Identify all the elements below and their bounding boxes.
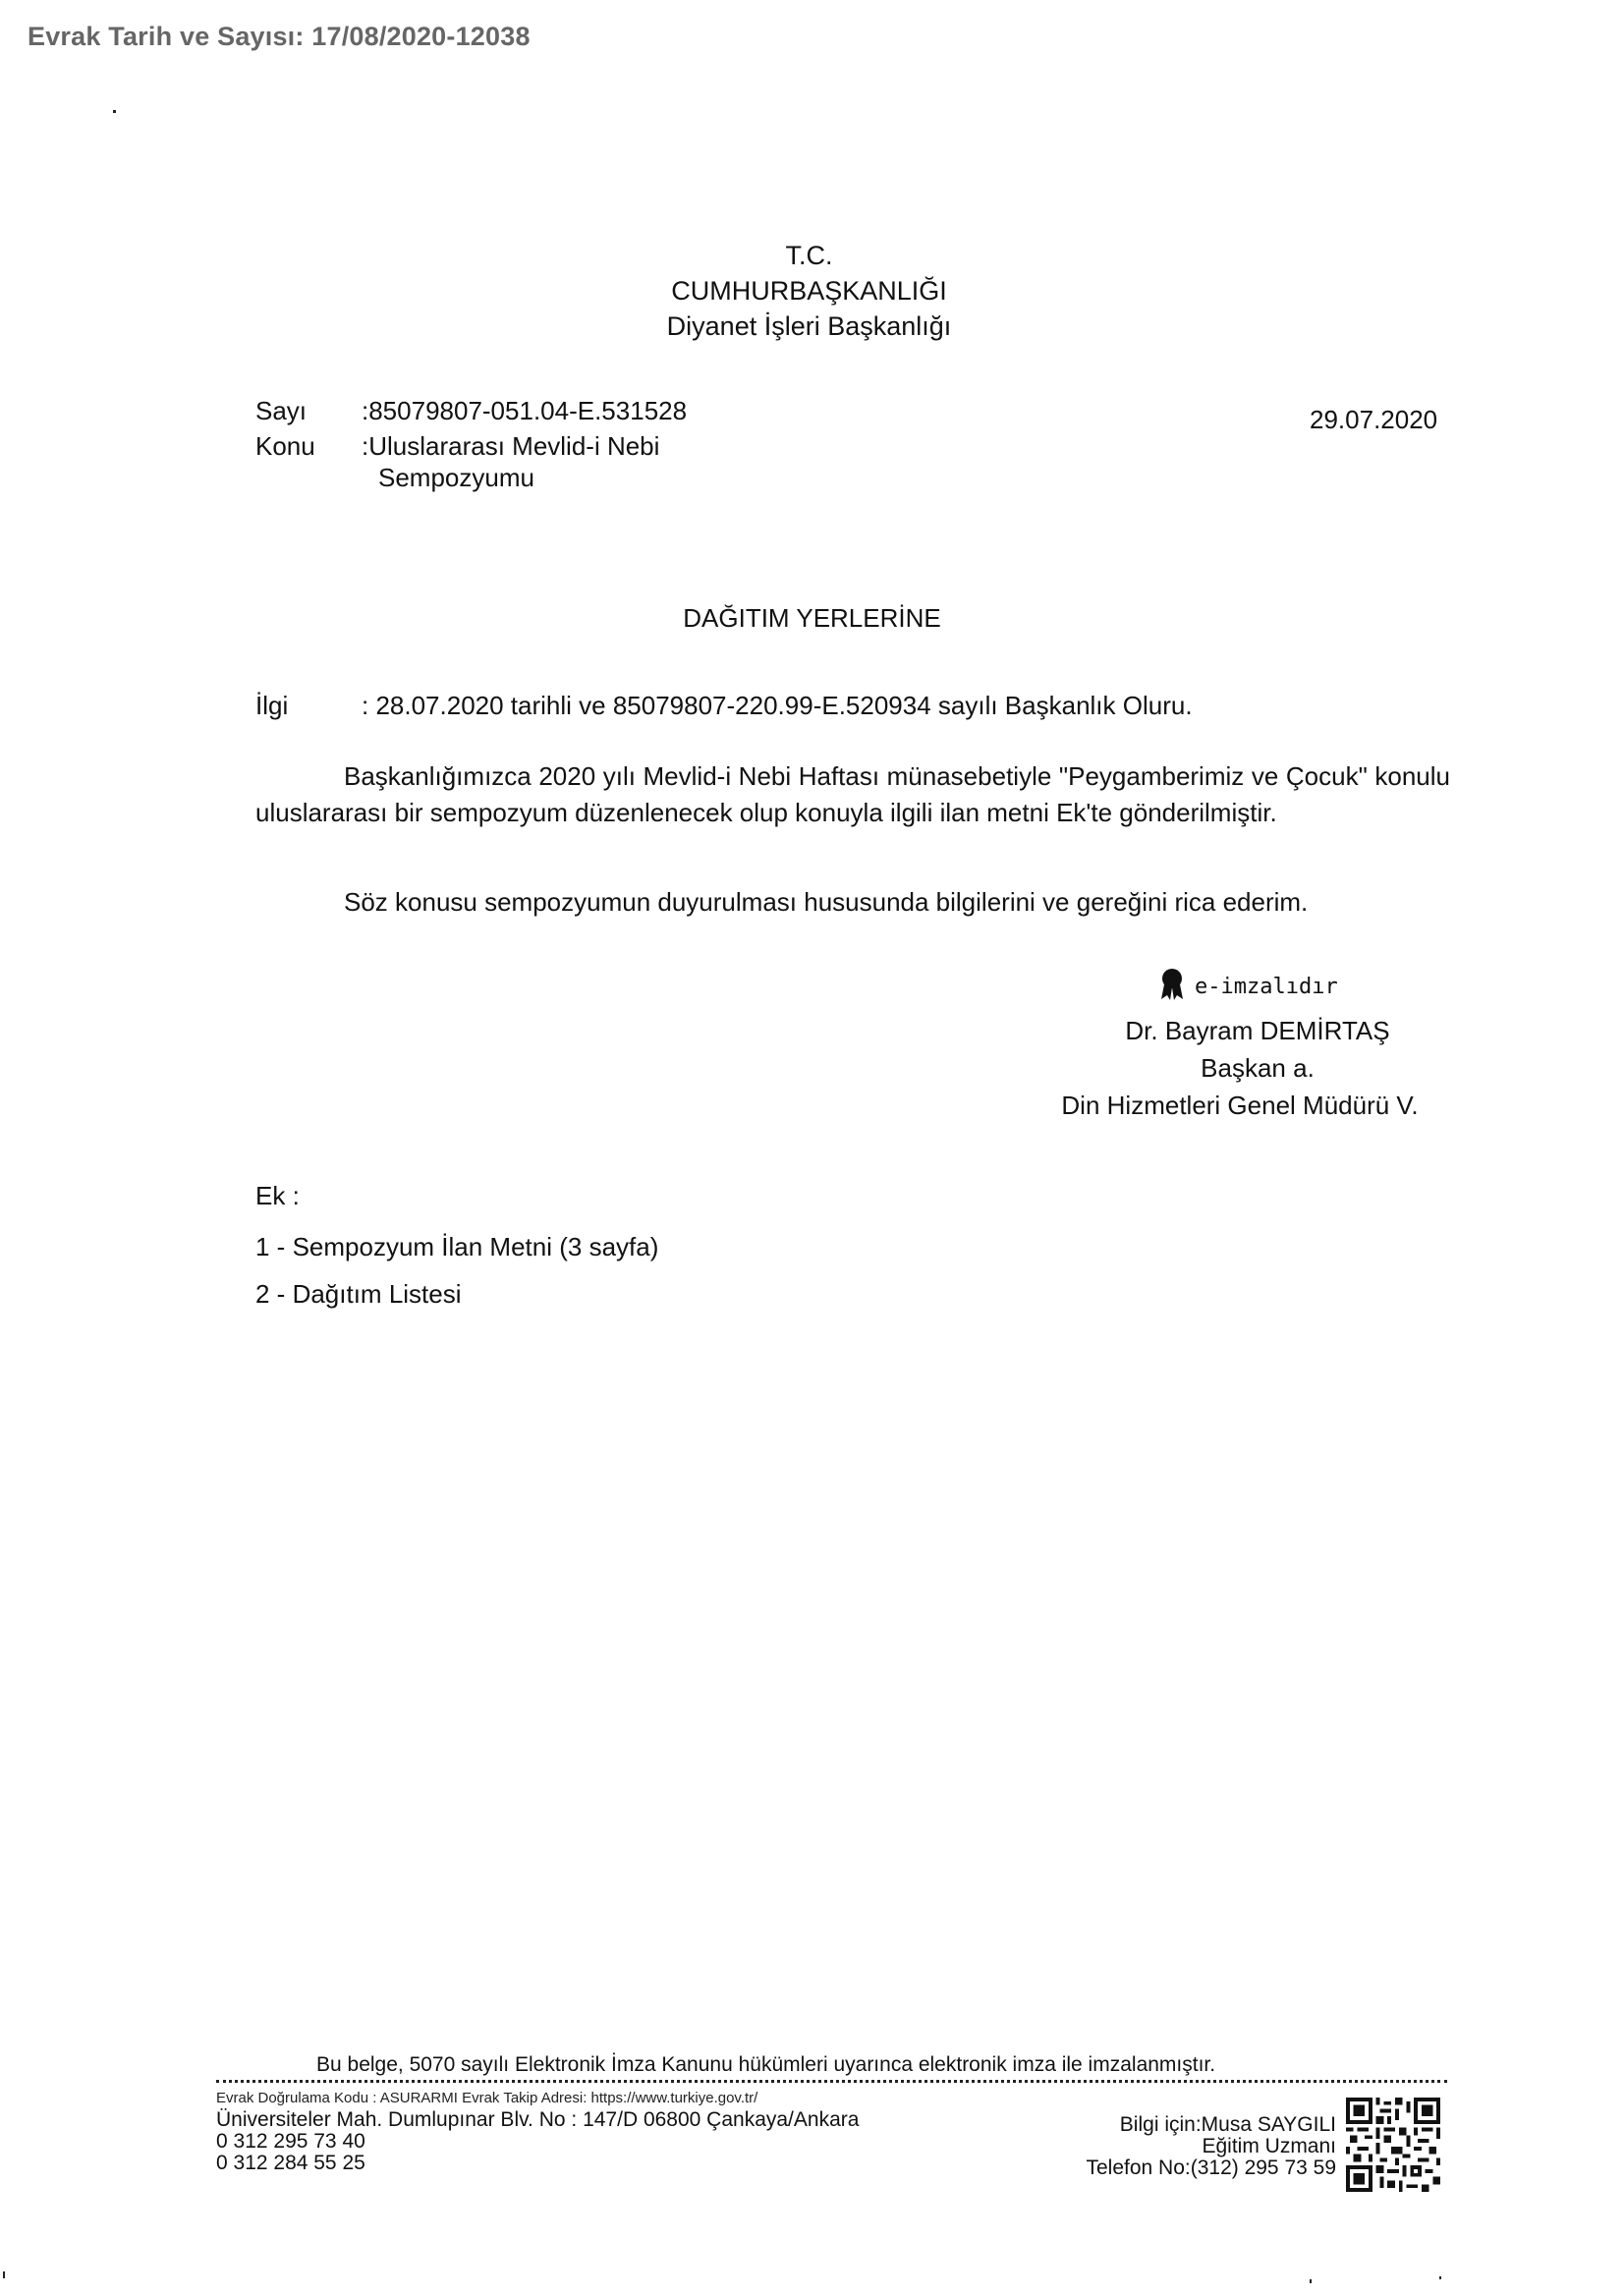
- rosette-icon: [1159, 968, 1185, 1007]
- scan-speck: [3, 2271, 5, 2278]
- konu-row: Konu:Uluslararası Mevlid-i Nebi: [255, 431, 659, 462]
- signatory-title-2: Din Hizmetleri Genel Müdürü V.: [1024, 1087, 1456, 1124]
- contact-phone: Telefon No:(312) 295 73 59: [1022, 2157, 1336, 2179]
- scan-speck: [1439, 2276, 1441, 2279]
- contact-title: Eğitim Uzmanı: [1022, 2136, 1336, 2157]
- qr-code-icon: [1346, 2098, 1440, 2192]
- sayi-row: Sayı:85079807-051.04-E.531528: [255, 396, 687, 426]
- signatory-title-1: Başkan a.: [1041, 1049, 1474, 1087]
- footer-dotted-divider: [216, 2080, 1447, 2083]
- body-paragraph-2: Söz konusu sempozyumun duyurulması husus…: [255, 884, 1450, 921]
- document-date-number-stamp: Evrak Tarih ve Sayısı: 17/08/2020-12038: [28, 22, 531, 52]
- e-signature-law-notice: Bu belge, 5070 sayılı Elektronik İmza Ka…: [316, 2053, 1215, 2077]
- body-paragraph-1-text: Başkanlığımızca 2020 yılı Mevlid-i Nebi …: [255, 761, 1450, 827]
- contact-person: Bilgi için:Musa SAYGILI: [1022, 2114, 1336, 2136]
- reference-row: İlgi: 28.07.2020 tarihli ve 85079807-220…: [255, 691, 1193, 721]
- phone-1: 0 312 295 73 40: [216, 2131, 365, 2153]
- konu-label: Konu: [255, 431, 362, 462]
- sayi-value: :85079807-051.04-E.531528: [362, 396, 687, 425]
- body-paragraph-1: Başkanlığımızca 2020 yılı Mevlid-i Nebi …: [255, 758, 1450, 831]
- attachments-label: Ek :: [255, 1181, 300, 1211]
- signatory-block: Dr. Bayram DEMİRTAŞ Başkan a. Din Hizmet…: [1041, 1012, 1474, 1124]
- e-signature-mark: e-imzalıdır: [1159, 968, 1338, 1007]
- signatory-name: Dr. Bayram DEMİRTAŞ: [1041, 1012, 1474, 1049]
- letterhead-line-presidency: CUMHURBAŞKANLIĞI: [0, 273, 1621, 308]
- letterhead: T.C. CUMHURBAŞKANLIĞI Diyanet İşleri Baş…: [0, 238, 1624, 344]
- letterhead-line-tc: T.C.: [0, 238, 1621, 273]
- konu-value: :Uluslararası Mevlid-i Nebi: [362, 431, 659, 461]
- verification-code-line: Evrak Doğrulama Kodu : ASURARMI Evrak Ta…: [216, 2090, 757, 2106]
- scan-speck: [113, 110, 116, 113]
- address: Üniversiteler Mah. Dumlupınar Blv. No : …: [216, 2109, 859, 2131]
- letterhead-line-directorate: Diyanet İşleri Başkanlığı: [0, 308, 1621, 344]
- reference-label: İlgi: [255, 691, 362, 721]
- phone-2: 0 312 284 55 25: [216, 2153, 365, 2174]
- document-date: 29.07.2020: [1310, 405, 1437, 435]
- contact-info: Bilgi için:Musa SAYGILI Eğitim Uzmanı Te…: [1022, 2114, 1336, 2179]
- e-signature-text: e-imzalıdır: [1195, 975, 1338, 999]
- recipient-heading: DAĞITIM YERLERİNE: [0, 603, 1624, 634]
- attachment-item-2: 2 - Dağıtım Listesi: [255, 1279, 462, 1310]
- attachment-item-1: 1 - Sempozyum İlan Metni (3 sayfa): [255, 1232, 658, 1262]
- sayi-label: Sayı: [255, 396, 362, 426]
- reference-value: : 28.07.2020 tarihli ve 85079807-220.99-…: [362, 691, 1193, 720]
- scan-speck: [1310, 2279, 1312, 2283]
- body-paragraph-2-text: Söz konusu sempozyumun duyurulması husus…: [344, 887, 1308, 917]
- konu-value-continued: Sempozyumu: [378, 463, 534, 493]
